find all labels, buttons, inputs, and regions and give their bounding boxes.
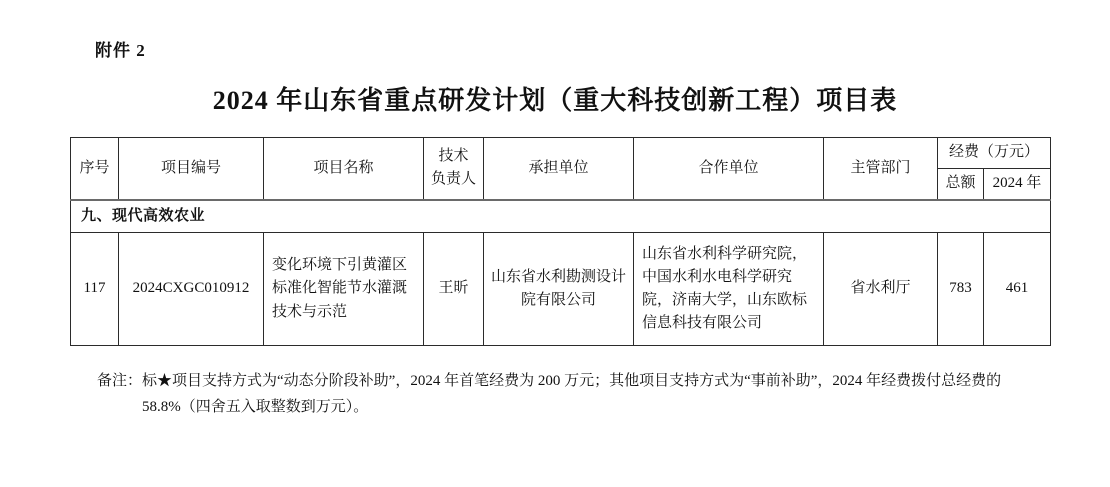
cell-tech-lead: 王昕: [424, 233, 484, 346]
header-funding-total: 总额: [938, 169, 984, 200]
cell-index: 117: [71, 233, 119, 346]
section-title: 九、现代高效农业: [71, 200, 1051, 233]
header-project-name: 项目名称: [264, 138, 424, 200]
header-cooperating-unit: 合作单位: [634, 138, 824, 200]
header-tech-lead: 技术 负责人: [424, 138, 484, 200]
document-page: 附件 2 2024 年山东省重点研发计划（重大科技创新工程）项目表 序号 项目编…: [0, 0, 1110, 487]
header-undertaking-unit: 承担单位: [484, 138, 634, 200]
table-row: 117 2024CXGC010912 变化环境下引黄灌区标准化智能节水灌溉技术与…: [71, 233, 1051, 346]
cell-project-name: 变化环境下引黄灌区标准化智能节水灌溉技术与示范: [264, 233, 424, 346]
attachment-label: 附件 2: [95, 36, 146, 61]
header-project-no: 项目编号: [119, 138, 264, 200]
header-row: 序号 项目编号 项目名称 技术 负责人 承担单位 合作单位 主管部门 经费（万元…: [71, 138, 1051, 169]
header-tech-lead-line2: 负责人: [428, 168, 479, 191]
cell-funding-2024: 461: [984, 233, 1051, 346]
remark-note: 备注： 标★项目支持方式为“动态分阶段补助”，2024 年首笔经费为 200 万…: [97, 368, 1022, 421]
page-title: 2024 年山东省重点研发计划（重大科技创新工程）项目表: [0, 80, 1110, 117]
cell-undertaking-unit: 山东省水利勘测设计院有限公司: [484, 233, 634, 346]
section-row: 九、现代高效农业: [71, 200, 1051, 233]
header-funding-2024: 2024 年: [984, 169, 1051, 200]
project-table: 序号 项目编号 项目名称 技术 负责人 承担单位 合作单位 主管部门 经费（万元…: [70, 137, 1051, 346]
header-funding-group: 经费（万元）: [938, 138, 1051, 169]
header-tech-lead-line1: 技术: [428, 145, 479, 168]
header-supervising-dept: 主管部门: [824, 138, 938, 200]
cell-project-no: 2024CXGC010912: [119, 233, 264, 346]
remark-text: 标★项目支持方式为“动态分阶段补助”，2024 年首笔经费为 200 万元；其他…: [142, 368, 1022, 421]
cell-funding-total: 783: [938, 233, 984, 346]
cell-supervising-dept: 省水利厅: [824, 233, 938, 346]
remark-label: 备注：: [97, 368, 142, 421]
header-index: 序号: [71, 138, 119, 200]
cell-cooperating-unit: 山东省水利科学研究院，中国水利水电科学研究院，济南大学，山东欧标信息科技有限公司: [634, 233, 824, 346]
